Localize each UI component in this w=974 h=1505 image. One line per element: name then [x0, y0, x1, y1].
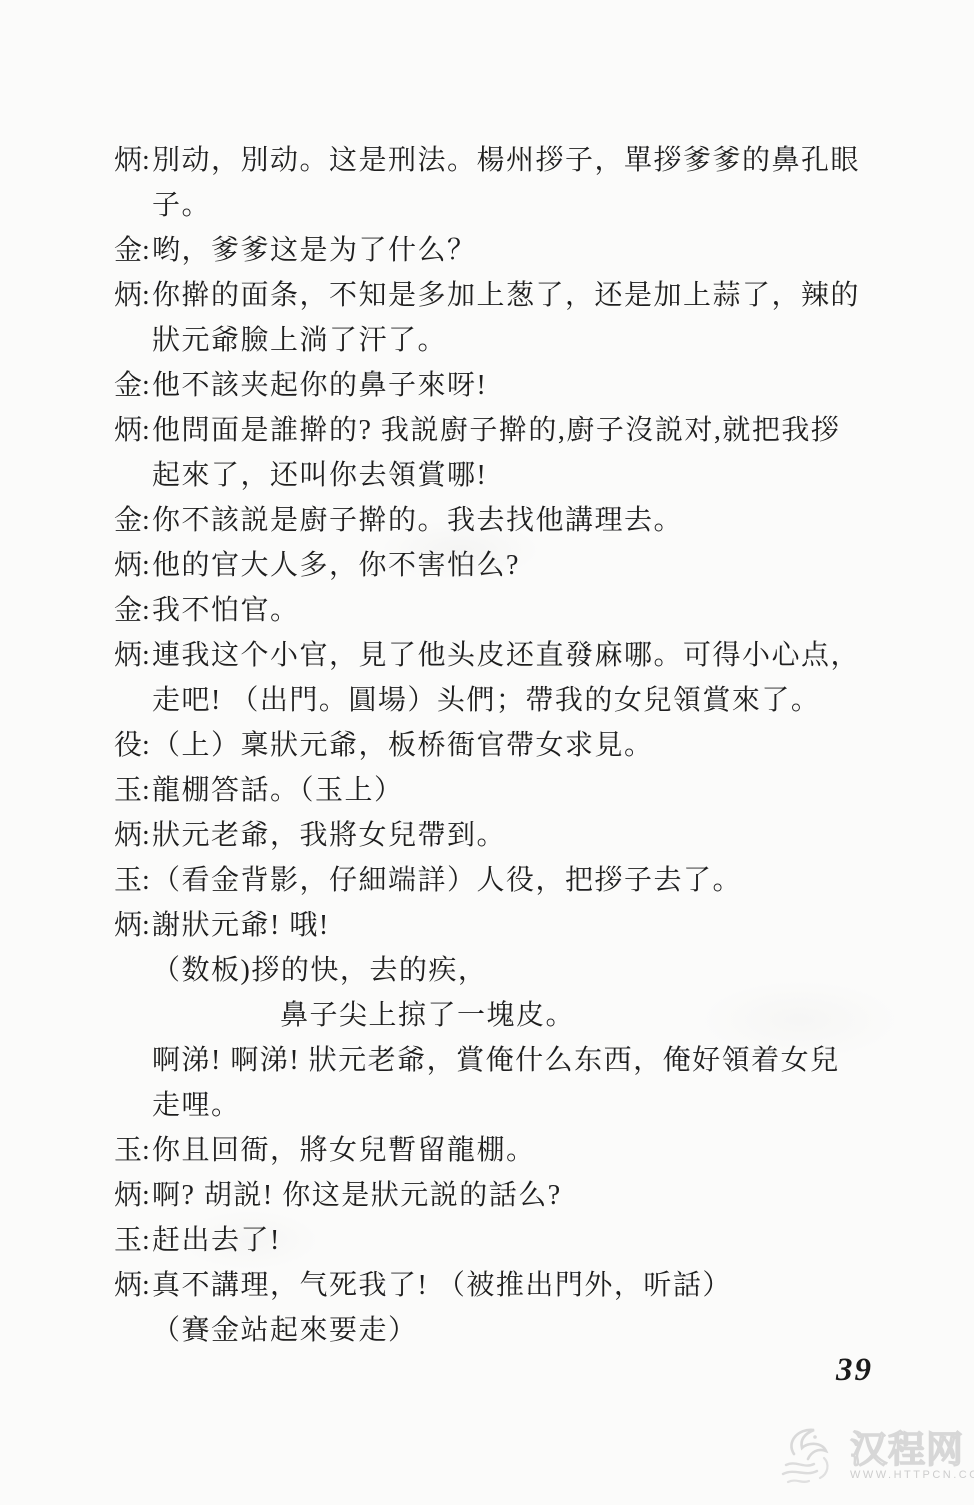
speaker-label: 金:: [114, 363, 150, 408]
script-line: 炳:別动，別动。这是刑法。楊州拶子，單拶爹爹的鼻孔眼: [0, 138, 974, 183]
speaker-label: 金:: [114, 228, 150, 273]
line-text: 你不該説是廚子擀的。我去找他講理去。: [152, 505, 683, 536]
line-text: 我不怕官。: [152, 595, 300, 626]
script-line: 玉:赶出去了!: [0, 1218, 974, 1263]
line-text: 他不該夹起你的鼻子來呀!: [152, 370, 487, 401]
line-text: 啊? 胡説! 你这是狀元説的話么?: [152, 1180, 562, 1211]
speaker-label: 炳:: [114, 1173, 150, 1218]
speaker-label: 炳:: [114, 138, 150, 183]
line-text: 赶出去了!: [152, 1225, 281, 1256]
speaker-label: 炳:: [114, 543, 150, 588]
script-line: 玉:你且回衙，將女兒暫留龍棚。: [0, 1128, 974, 1173]
line-text: 起來了，还叫你去領賞哪!: [152, 460, 487, 491]
speaker-label: 玉:: [114, 768, 150, 813]
script-line: 炳:你擀的面条，不知是多加上葱了，还是加上蒜了，辣的: [0, 273, 974, 318]
line-text: 謝狀元爺! 哦!: [152, 910, 330, 941]
script-line: 玉:（看金背影，仔細端詳）人役，把拶子去了。: [0, 858, 974, 903]
line-text: 走吧! （出門。圓場）头們；帶我的女兒領賞來了。: [152, 685, 820, 716]
speaker-label: 玉:: [114, 1128, 150, 1173]
scanned-script-page: 炳:別动，別动。这是刑法。楊州拶子，單拶爹爹的鼻孔眼子。金:哟，爹爹这是为了什么…: [0, 0, 974, 1505]
watermark-site-url: WWW.HTTPCN.COM: [850, 1469, 974, 1482]
script-line: （賽金站起來要走）: [0, 1308, 974, 1353]
script-line: 炳:狀元老爺，我將女兒帶到。: [0, 813, 974, 858]
line-text: （賽金站起來要走）: [152, 1315, 418, 1346]
script-line: 炳:他問面是誰擀的? 我説廚子擀的,廚子沒説对,就把我拶: [0, 408, 974, 453]
script-line: 走吧! （出門。圓場）头們；帶我的女兒領賞來了。: [0, 678, 974, 723]
script-line: 金:我不怕官。: [0, 588, 974, 633]
script-line: （数板)拶的快，去的疾，: [0, 948, 974, 993]
line-text: 真不講理，气死我了! （被推出門外，听話）: [152, 1270, 732, 1301]
line-text: 連我这个小官，見了他头皮还直發麻哪。可得小心点，: [152, 640, 860, 671]
speaker-label: 玉:: [114, 1218, 150, 1263]
watermark: 汉程网 WWW.HTTPCN.COM: [772, 1418, 974, 1494]
speaker-label: 炳:: [114, 903, 150, 948]
script-line: 啊涕! 啊涕! 狀元老爺，賞俺什么东西，俺好領着女兒: [0, 1038, 974, 1083]
watermark-text-block: 汉程网 WWW.HTTPCN.COM: [850, 1431, 974, 1482]
script-line: 子。: [0, 183, 974, 228]
script-line: 鼻子尖上掠了一塊皮。: [0, 993, 974, 1038]
line-text: 哟，爹爹这是为了什么？: [152, 235, 477, 266]
speaker-label: 金:: [114, 498, 150, 543]
line-text: 啊涕! 啊涕! 狀元老爺，賞俺什么东西，俺好領着女兒: [152, 1045, 840, 1076]
script-line: 役:（上）稟狀元爺，板桥衙官帶女求見。: [0, 723, 974, 768]
script-line: 炳:謝狀元爺! 哦!: [0, 903, 974, 948]
line-text: 子。: [152, 190, 211, 221]
line-text: 你且回衙，將女兒暫留龍棚。: [152, 1135, 536, 1166]
speaker-label: 炳:: [114, 273, 150, 318]
page-number: 39: [836, 1352, 873, 1389]
line-text: （看金背影，仔細端詳）人役，把拶子去了。: [152, 865, 742, 896]
dialogue-script: 炳:別动，別动。这是刑法。楊州拶子，單拶爹爹的鼻孔眼子。金:哟，爹爹这是为了什么…: [0, 138, 974, 1353]
watermark-site-name: 汉程网: [850, 1431, 974, 1469]
script-line: 玉:龍棚答話。（玉上）: [0, 768, 974, 813]
script-line: 起來了，还叫你去領賞哪!: [0, 453, 974, 498]
speaker-label: 金:: [114, 588, 150, 633]
script-line: 炳:他的官大人多，你不害怕么?: [0, 543, 974, 588]
line-text: 狀元爺臉上淌了汗了。: [152, 325, 447, 356]
line-text: 龍棚答話。（玉上）: [152, 775, 404, 806]
line-text: （数板)拶的快，去的疾，: [152, 955, 487, 986]
script-line: 炳:連我这个小官，見了他头皮还直發麻哪。可得小心点，: [0, 633, 974, 678]
script-line: 炳:真不講理，气死我了! （被推出門外，听話）: [0, 1263, 974, 1308]
line-text: 走哩。: [152, 1090, 241, 1121]
line-text: 他問面是誰擀的? 我説廚子擀的,廚子沒説对,就把我拶: [152, 415, 840, 446]
speaker-label: 炳:: [114, 408, 150, 453]
script-line: 金:哟，爹爹这是为了什么？: [0, 228, 974, 273]
line-text: 鼻子尖上掠了一塊皮。: [280, 1000, 575, 1031]
line-text: 你擀的面条，不知是多加上葱了，还是加上蒜了，辣的: [152, 280, 860, 311]
script-line: 狀元爺臉上淌了汗了。: [0, 318, 974, 363]
hancheng-logo-icon: [772, 1418, 848, 1494]
speaker-label: 役:: [114, 723, 150, 768]
speaker-label: 炳:: [114, 633, 150, 678]
script-line: 走哩。: [0, 1083, 974, 1128]
speaker-label: 炳:: [114, 813, 150, 858]
script-line: 炳:啊? 胡説! 你这是狀元説的話么?: [0, 1173, 974, 1218]
speaker-label: 玉:: [114, 858, 150, 903]
line-text: 別动，別动。这是刑法。楊州拶子，單拶爹爹的鼻孔眼: [152, 145, 860, 176]
line-text: （上）稟狀元爺，板桥衙官帶女求見。: [152, 730, 654, 761]
script-line: 金:他不該夹起你的鼻子來呀!: [0, 363, 974, 408]
line-text: 狀元老爺，我將女兒帶到。: [152, 820, 506, 851]
speaker-label: 炳:: [114, 1263, 150, 1308]
script-line: 金:你不該説是廚子擀的。我去找他講理去。: [0, 498, 974, 543]
line-text: 他的官大人多，你不害怕么?: [152, 550, 520, 581]
